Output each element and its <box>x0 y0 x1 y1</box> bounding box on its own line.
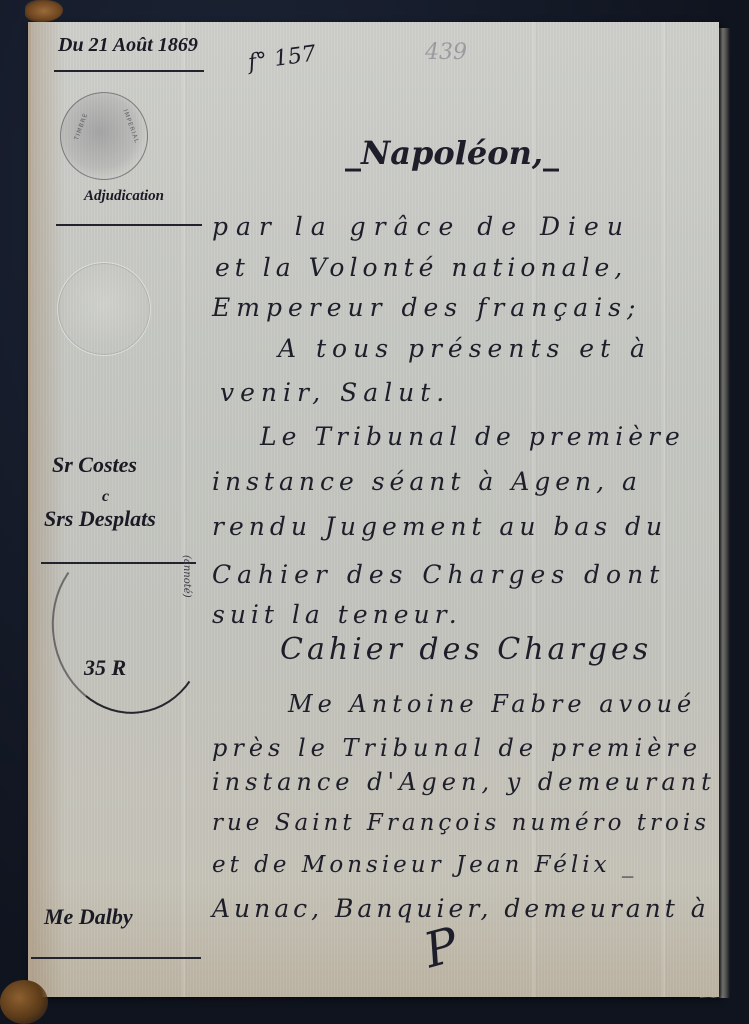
date-header: Du 21 Août 1869 <box>58 34 198 57</box>
date-underline <box>54 70 204 72</box>
section-line-1: Me Antoine Fabre avoué <box>288 690 696 718</box>
notary-name: Me Dalby <box>44 904 133 930</box>
body-line-7: instance séant à Agen, a <box>212 467 642 496</box>
paper-fold <box>181 22 187 997</box>
body-line-1: par la grâce de Dieu <box>212 212 631 241</box>
document-title: _Napoléon,_ <box>345 134 559 172</box>
body-line-5: venir, Salut. <box>220 378 450 407</box>
stamp-legend-left: TIMBRE <box>73 112 89 141</box>
body-line-3: Empereur des français; <box>212 293 641 322</box>
category-label: Adjudication <box>84 188 164 205</box>
party-connector: c <box>102 488 109 506</box>
section-line-6: Aunac, Banquier, demeurant à <box>212 894 710 923</box>
party-one: Sr Costes <box>52 452 137 478</box>
notary-underline <box>31 957 201 959</box>
body-line-2: et la Volonté nationale, <box>215 253 627 282</box>
section-line-2: près le Tribunal de première <box>212 734 702 762</box>
imperial-ink-stamp: TIMBRE IMPERIAL <box>60 92 148 180</box>
body-line-9: Cahier des Charges dont <box>212 560 665 589</box>
stamp-legend-right: IMPERIAL <box>121 109 140 145</box>
faint-number: 439 <box>425 40 467 65</box>
embossed-dry-seal <box>57 262 151 356</box>
section-line-4: rue Saint François numéro trois <box>212 810 710 836</box>
section-line-3: instance d'Agen, y demeurant <box>212 768 716 796</box>
vertical-margin-note: (annoté) <box>181 555 192 598</box>
binding-cord-bottom <box>0 980 48 1024</box>
section-heading: Cahier des Charges <box>280 632 652 667</box>
body-line-8: rendu Jugement au bas du <box>212 512 667 541</box>
body-line-4: A tous présents et à <box>278 334 651 363</box>
paper-fold <box>661 22 667 997</box>
body-line-6: Le Tribunal de première <box>260 422 685 451</box>
category-underline <box>56 224 202 226</box>
fee-stamp-value: 35 R <box>84 655 126 681</box>
section-line-5: et de Monsieur Jean Félix _ <box>212 852 637 878</box>
party-two: Srs Desplats <box>44 506 156 532</box>
body-line-10: suit la teneur. <box>212 600 462 629</box>
